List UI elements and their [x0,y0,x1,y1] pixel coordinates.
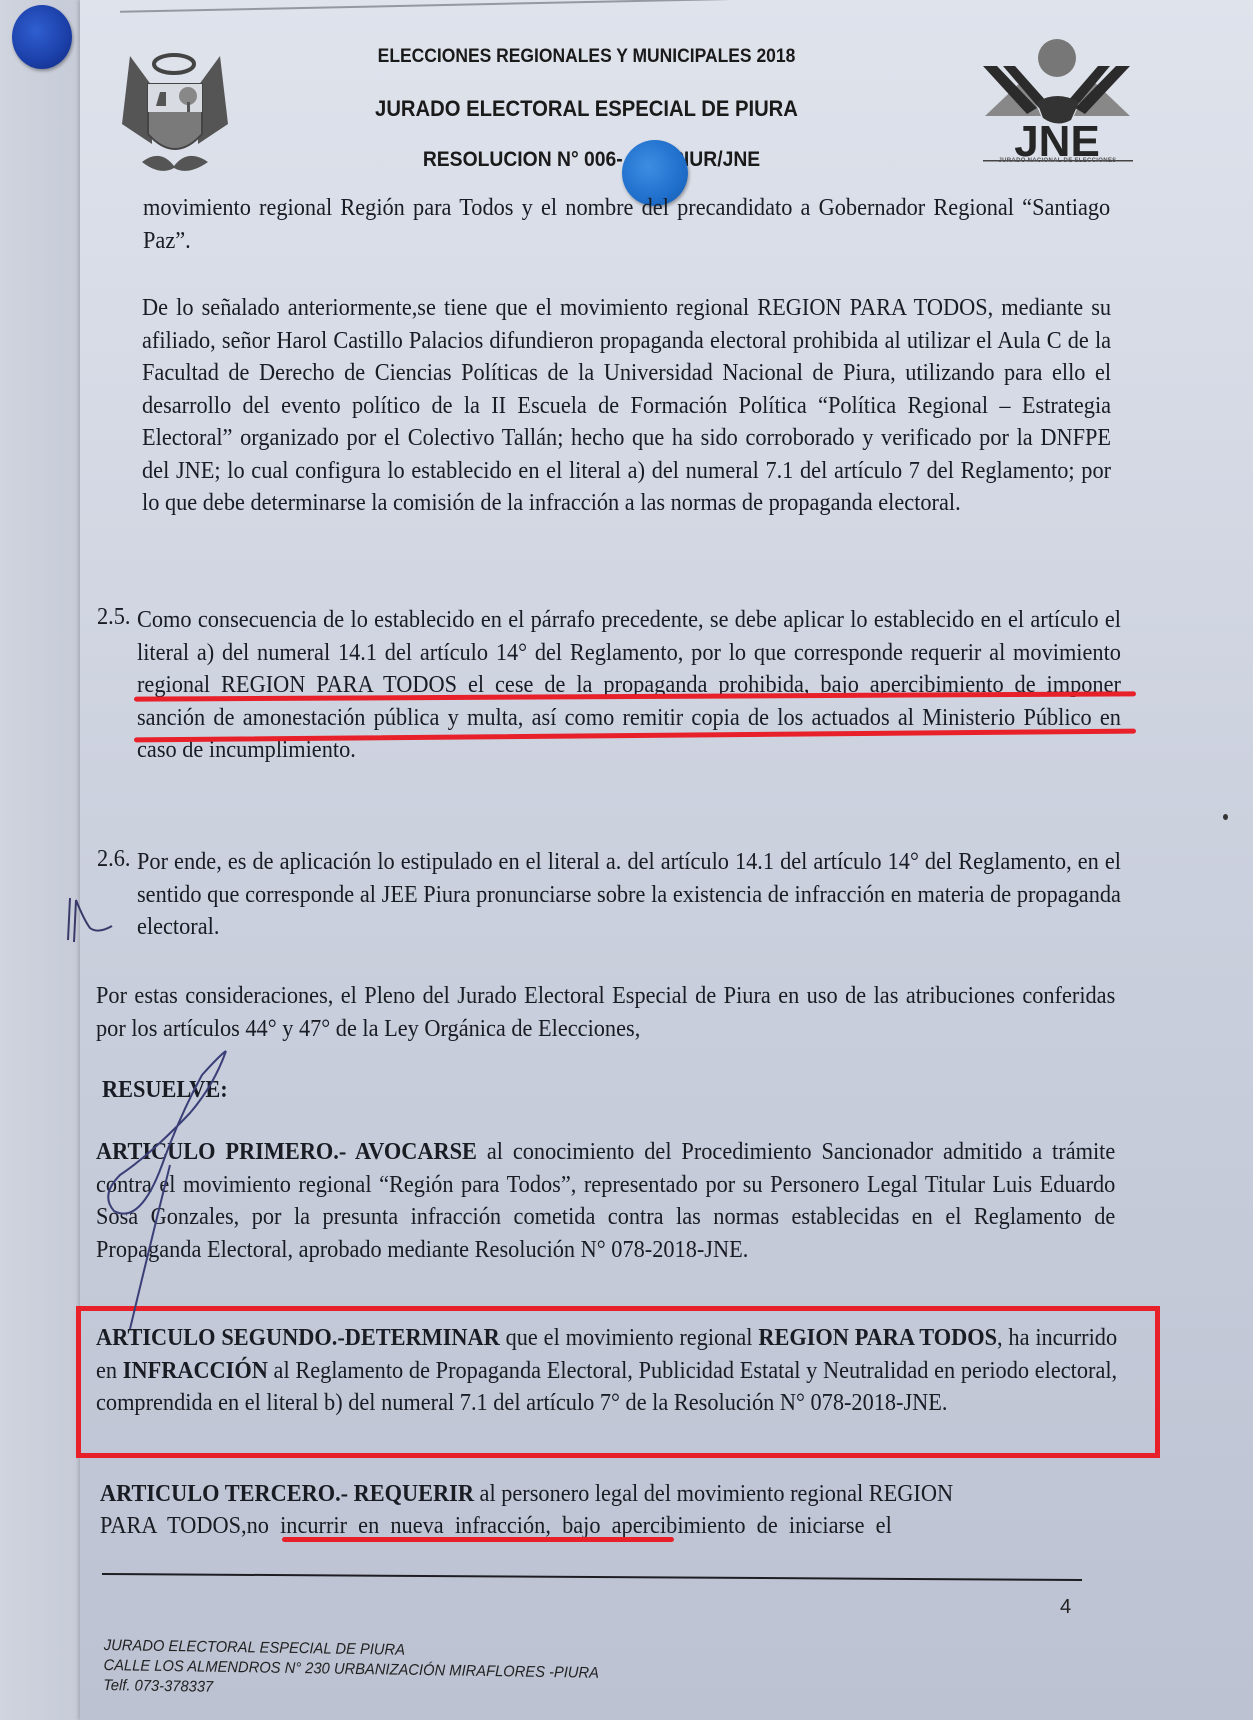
wall-background [0,0,80,1720]
item-number-2-6: 2.6. [97,846,130,873]
footer-address: JURADO ELECTORAL ESPECIAL DE PIURA CALLE… [103,1636,599,1704]
article-third-text: PARA TODOS, [100,1513,247,1539]
header-jury: JURADO ELECTORAL ESPECIAL DE PIURA [259,96,915,122]
initials-mark [60,890,120,950]
pushpin-icon [12,5,72,69]
article-second: ARTICULO SEGUNDO.-DETERMINAR que el movi… [96,1322,1117,1420]
signature-mark [90,1045,240,1335]
paragraph-considerations: Por estas consideraciones, el Pleno del … [96,980,1115,1045]
infraction-word: INFRACCIÓN [123,1358,268,1384]
item-number-2-5: 2.5. [97,604,130,631]
article-third-text: al personero legal del movimiento region… [474,1481,953,1507]
coat-of-arms-icon [112,44,237,184]
underlined-phrase: no incurrir en nueva infracción [247,1513,546,1539]
highlight-underline [282,1537,674,1542]
paper-speck [1223,814,1228,820]
jne-caption: JURADO NACIONAL DE ELECCIONES [975,158,1140,164]
party-name: REGION PARA TODOS [758,1325,997,1351]
header-resolution-number: RESOLUCION N° 006- JEE-PIUR/JNE [277,148,905,172]
jne-logo-icon: JNE [975,36,1140,171]
item-2-6-text: Por ende, es de aplicación lo estipulado… [137,846,1121,944]
header-elections: ELECCIONES REGIONALES Y MUNICIPALES 2018 [259,46,915,68]
item-2-5-text: Como consecuencia de lo establecido en e… [137,604,1121,767]
article-third-line1: ARTICULO TERCERO.- REQUERIR al personero… [100,1478,1119,1511]
paragraph-summary: De lo señalado anteriormente,se tiene qu… [142,292,1111,520]
article-second-text: que el movimiento regional [500,1325,759,1351]
article-first: ARTICULO PRIMERO.- AVOCARSE al conocimie… [96,1136,1115,1266]
article-third-title: ARTICULO TERCERO.- REQUERIR [100,1481,474,1507]
paragraph-intro: movimiento regional Región para Todos y … [143,192,1110,257]
article-third-text: , bajo apercibimiento de iniciarse el [545,1513,891,1539]
page-number: 4 [1060,1596,1071,1619]
